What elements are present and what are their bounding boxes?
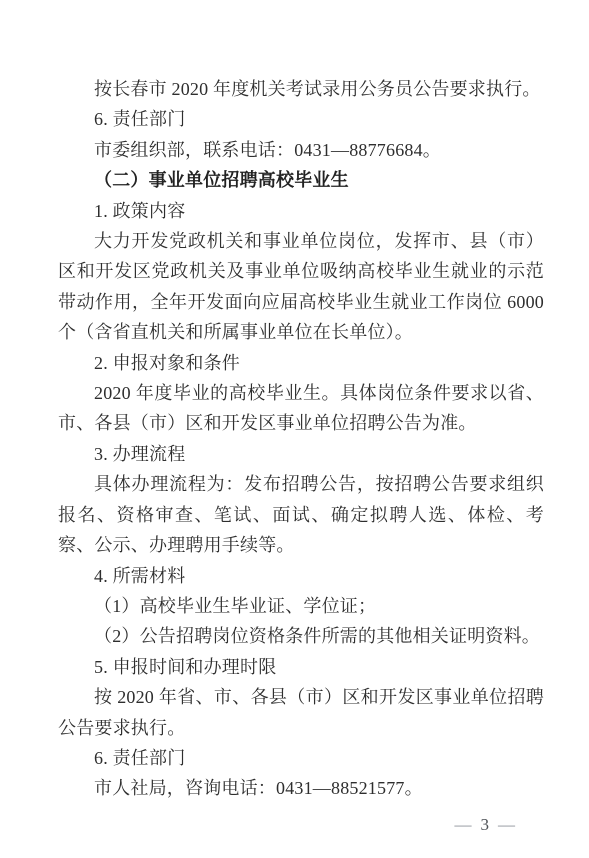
contact-line: 市委组织部，联系电话：0431—88776684。 [58, 135, 544, 165]
list-item: （1）高校毕业生毕业证、学位证； [58, 591, 544, 621]
body-paragraph: 按 2020 年省、市、各县（市）区和开发区事业单位招聘公告要求执行。 [58, 682, 544, 743]
numbered-item-heading: 6. 责任部门 [58, 104, 544, 134]
page-number: 3 [481, 815, 490, 834]
numbered-item-heading: 5. 申报时间和办理时限 [58, 652, 544, 682]
page-number-left-dash: — [455, 815, 472, 834]
numbered-item-heading: 4. 所需材料 [58, 561, 544, 591]
body-paragraph: 具体办理流程为：发布招聘公告，按招聘公告要求组织报名、资格审查、笔试、面试、确定… [58, 469, 544, 560]
page-number-right-dash: — [498, 815, 515, 834]
policy-paragraph: 大力开发党政机关和事业单位岗位，发挥市、县（市）区和开发区党政机关及事业单位吸纳… [58, 226, 544, 348]
body-paragraph: 2020 年度毕业的高校毕业生。具体岗位条件要求以省、市、各县（市）区和开发区事… [58, 378, 544, 439]
document-body: 按长春市 2020 年度机关考试录用公务员公告要求执行。 6. 责任部门 市委组… [58, 74, 544, 804]
numbered-item-heading: 3. 办理流程 [58, 439, 544, 469]
numbered-item-heading: 1. 政策内容 [58, 196, 544, 226]
continued-paragraph: 按长春市 2020 年度机关考试录用公务员公告要求执行。 [58, 74, 544, 104]
numbered-item-heading: 2. 申报对象和条件 [58, 348, 544, 378]
contact-line: 市人社局，咨询电话：0431—88521577。 [58, 773, 544, 803]
section-heading: （二）事业单位招聘高校毕业生 [58, 165, 544, 195]
document-page: 按长春市 2020 年度机关考试录用公务员公告要求执行。 6. 责任部门 市委组… [0, 0, 589, 858]
page-footer: —3— [446, 813, 525, 837]
list-item: （2）公告招聘岗位资格条件所需的其他相关证明资料。 [58, 621, 544, 651]
numbered-item-heading: 6. 责任部门 [58, 743, 544, 773]
